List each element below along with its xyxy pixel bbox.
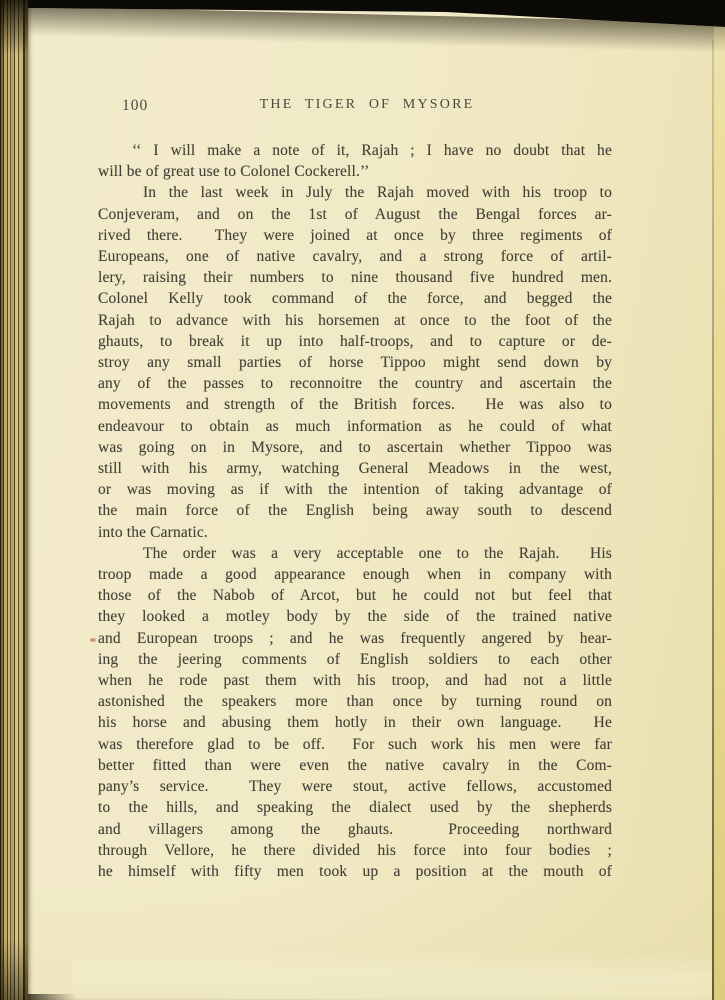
text-line: lery, raising their numbers to nine thou… — [98, 267, 612, 288]
text-line: Conjeveram, and on the 1st of August the… — [98, 204, 612, 225]
text-line: movements and strength of the British fo… — [98, 394, 612, 415]
text-line: Europeans, one of native cavalry, and a … — [98, 246, 612, 267]
text-line: The order was a very acceptable one to t… — [98, 543, 612, 564]
text-line: endeavour to obtain as much information … — [98, 416, 612, 437]
paragraph: The order was a very acceptable one to t… — [98, 543, 612, 882]
paragraph: ‘‘ I will make a note of it, Rajah ; I h… — [98, 140, 612, 182]
text-line: when he rode past them with his troop, a… — [98, 670, 612, 691]
text-line: stroy any small parties of horse Tippoo … — [98, 352, 612, 373]
text-line: In the last week in July the Rajah moved… — [98, 182, 612, 203]
text-line: and villagers among the ghauts. Proceedi… — [98, 819, 612, 840]
book-photo-scene: 100 THE TIGER OF MYSORE ‘‘ I will make a… — [0, 0, 725, 1000]
running-title: THE TIGER OF MYSORE — [110, 97, 624, 113]
text-line: his horse and abusing them hotly in thei… — [98, 712, 612, 733]
bottom-left-shadow — [28, 994, 76, 1000]
left-page-edges — [0, 0, 28, 1000]
text-line: he himself with fifty men took up a posi… — [98, 861, 612, 882]
bottom-page-sheen — [73, 947, 712, 1000]
running-head: 100 THE TIGER OF MYSORE — [98, 97, 612, 115]
text-line: was therefore glad to be off. For such w… — [98, 734, 612, 755]
text-line: they looked a motley body by the side of… — [98, 606, 612, 627]
text-line: through Vellore, he there divided his fo… — [98, 840, 612, 861]
paper-speck — [90, 638, 96, 642]
text-line: still with his army, watching General Me… — [98, 458, 612, 479]
text-line: those of the Nabob of Arcot, but he coul… — [98, 585, 612, 606]
text-line: into the Carnatic. — [98, 522, 612, 543]
text-line: pany’s service. They were stout, active … — [98, 776, 612, 797]
text-line: was going on in Mysore, and to ascertain… — [98, 437, 612, 458]
text-line: Colonel Kelly took command of the force,… — [98, 288, 612, 309]
right-fore-edge — [714, 18, 725, 1000]
top-edge-shadow — [27, 6, 725, 54]
page-body-text: ‘‘ I will make a note of it, Rajah ; I h… — [98, 140, 612, 882]
text-line: Rajah to advance with his horsemen at on… — [98, 310, 612, 331]
text-line: ‘‘ I will make a note of it, Rajah ; I h… — [98, 140, 612, 161]
text-line: any of the passes to reconnoitre the cou… — [98, 373, 612, 394]
text-line: or was moving as if with the intention o… — [98, 479, 612, 500]
text-line: ghauts, to break it up into half-troops,… — [98, 331, 612, 352]
text-line: troop made a good appearance enough when… — [98, 564, 612, 585]
text-line: and European troops ; and he was frequen… — [98, 628, 612, 649]
text-line: the main force of the English being away… — [98, 500, 612, 521]
text-line: rived there. They were joined at once by… — [98, 225, 612, 246]
right-page-edge-line — [712, 40, 714, 1000]
text-line: astonished the speakers more than once b… — [98, 691, 612, 712]
paragraph: In the last week in July the Rajah moved… — [98, 182, 612, 542]
text-line: will be of great use to Colonel Cockerel… — [98, 161, 612, 182]
text-line: better fitted than were even the native … — [98, 755, 612, 776]
text-line: to the hills, and speaking the dialect u… — [98, 797, 612, 818]
text-line: ing the jeering comments of English sold… — [98, 649, 612, 670]
